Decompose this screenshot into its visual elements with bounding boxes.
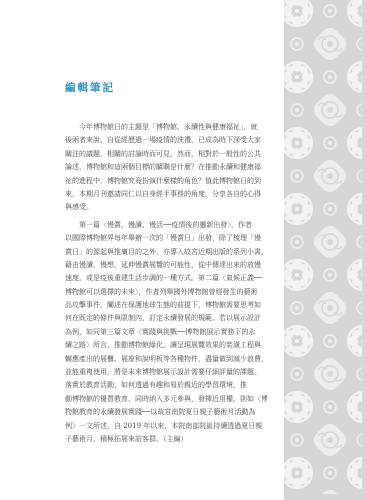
- text-line: 落實於教育活動，如何透過有趣和易於親近的學習環境，推: [65, 379, 267, 392]
- text-line: 並能重複使用，將是未來博物館展示設計需要仔細評量的課題。: [65, 366, 267, 379]
- text-line: 第一篇〈慢賞、慢讀、慢活──疫情後的靈新出發〉，作者: [65, 219, 267, 232]
- text-line: 藉由慢讀、慢想，延伸慢賞展覽的可能性，從中傳達出來的放慢: [65, 259, 267, 272]
- text-line: 賞日」的源起與推廣目的之外，亦導入故宮近期出版的系列小書，: [65, 246, 267, 259]
- text-line: 例〉一文所述，自 2019 年以來，本院南部院區持續透過夏日親: [65, 420, 267, 433]
- text-line: 祉的進程中，博物館究竟扮演什麼樣的角色？值此博物館日的到: [65, 175, 267, 188]
- decorative-pattern-panel: [284, 0, 366, 500]
- text-line: 論述，博物館和這兩個目標的關聯是什麼？在推動永續和健康福: [65, 161, 267, 174]
- text-line: 關注的議題，相關的討論時而可見。然而，相對於一般性的公共: [65, 148, 267, 161]
- text-line: 後兩者來說，自從經歷過一場疫情的洗禮，已成為時下深受大家: [65, 134, 267, 147]
- text-line: 子藝術月，積極拓展來訪客群。（主編）: [65, 433, 267, 446]
- text-line: 速度，或是疫後重建生活步調的一種方式。第二篇〈氣候正義──: [65, 272, 267, 285]
- document-page: 編輯筆記 今年博物館日的主題是「博物館、永續性與健康福祉」，就 後兩者來說，自從…: [0, 0, 284, 500]
- floral-pattern-icon: [284, 0, 366, 500]
- text-line: 續之路〉所言，推動博物館綠化，讓呈現展覽效果的裝潢工程與: [65, 339, 267, 352]
- text-line: 以國際博物館界每年舉辦一次的「慢賞日」出發，除了梳理「慢: [65, 232, 267, 245]
- text-line: 物館教育的永續發展實踐──以故宮南院夏日親子藝術月活動為: [65, 406, 267, 419]
- text-line: 品攻擊事件，闡述在保護地球生態的前提下，博物館需要思考如: [65, 299, 267, 312]
- text-line: 動博物館的優質教育，同時納入多元參與，發揮近用權，則如〈博: [65, 393, 267, 406]
- body-text: 今年博物館日的主題是「博物館、永續性與健康福祉」，就 後兩者來說，自從經歷過一場…: [65, 121, 267, 446]
- page-title: 編輯筆記: [65, 80, 115, 95]
- paragraph-2: 第一篇〈慢賞、慢讀、慢活──疫情後的靈新出發〉，作者 以國際博物館界每年舉辦一次…: [65, 219, 267, 447]
- text-line: 輾應產出的展櫃、展座和說明板等各種物件，盡量做到減少浪費，: [65, 353, 267, 366]
- text-line: 今年博物館日的主題是「博物館、永續性與健康福祉」，就: [65, 121, 267, 134]
- text-line: 為例，如同第三篇文章〈實踐與挑戰──博物館展示實務下的永: [65, 326, 267, 339]
- paragraph-1: 今年博物館日的主題是「博物館、永續性與健康福祉」，就 後兩者來說，自從經歷過一場…: [65, 121, 267, 215]
- text-line: 來，本期月刊邀請同仁以自身經手事務的角度，分享各自的心得: [65, 188, 267, 201]
- text-line: 何在既定的條件與限制內，訂定永續發展的規範。若以展示設計: [65, 312, 267, 325]
- text-line: 與感受。: [65, 201, 267, 214]
- text-line: 博物館可以選擇的未來〉，作者列舉國外博物館曾經發生的藝術: [65, 286, 267, 299]
